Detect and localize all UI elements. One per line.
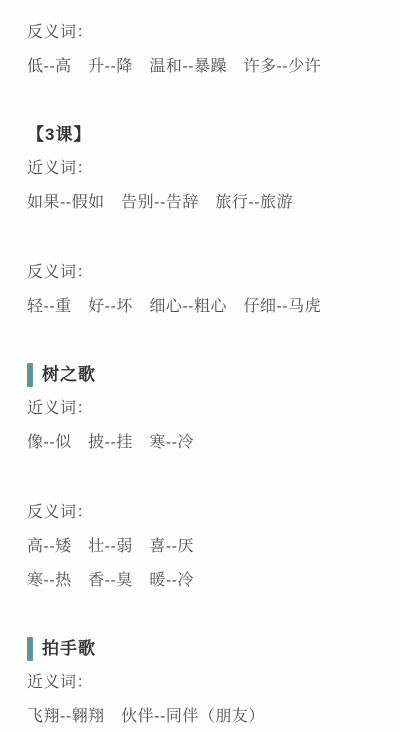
word-pairs-line: 飞翔--翱翔 伙伴--同伴（朋友）: [27, 700, 380, 732]
word-block: 反义词：高--矮 壮--弱 喜--厌寒--热 香--臭 暖--冷: [27, 496, 380, 598]
word-pairs-line: 如果--假如 告别--告辞 旅行--旅游: [27, 186, 380, 220]
word-pairs-line: 像--似 披--挂 寒--冷: [27, 426, 380, 460]
section-2: 【3课】近义词：如果--假如 告别--告辞 旅行--旅游反义词：轻--重 好--…: [27, 118, 380, 324]
category-label: 反义词：: [27, 16, 380, 50]
section-marker-bar: [27, 637, 33, 661]
word-block: 反义词：低--高 升--降 温和--暴躁 许多--少许: [27, 16, 380, 84]
section-header: 【3课】: [27, 118, 380, 152]
word-pairs-line: 寒--热 香--臭 暖--冷: [27, 564, 380, 598]
word-pairs-line: 轻--重 好--坏 细心--粗心 仔细--马虎: [27, 290, 380, 324]
section-1: 反义词：低--高 升--降 温和--暴躁 许多--少许: [27, 16, 380, 84]
word-block: 近义词：像--似 披--挂 寒--冷: [27, 392, 380, 460]
category-label: 近义词：: [27, 392, 380, 426]
word-pairs-line: 低--高 升--降 温和--暴躁 许多--少许: [27, 50, 380, 84]
category-label: 近义词：: [27, 152, 380, 186]
word-block: 反义词：轻--重 好--坏 细心--粗心 仔细--马虎: [27, 256, 380, 324]
category-label: 反义词：: [27, 256, 380, 290]
section-3: 树之歌近义词：像--似 披--挂 寒--冷反义词：高--矮 壮--弱 喜--厌寒…: [27, 358, 380, 598]
category-label: 近义词：: [27, 666, 380, 700]
word-block: 近义词：飞翔--翱翔 伙伴--同伴（朋友）: [27, 666, 380, 732]
section-4: 拍手歌近义词：飞翔--翱翔 伙伴--同伴（朋友）: [27, 632, 380, 732]
study-notes-document: 反义词：低--高 升--降 温和--暴躁 许多--少许【3课】近义词：如果--假…: [0, 0, 400, 732]
word-block: 近义词：如果--假如 告别--告辞 旅行--旅游: [27, 152, 380, 220]
section-title: 【3课】: [27, 118, 91, 152]
word-pairs-line: 高--矮 壮--弱 喜--厌: [27, 530, 380, 564]
section-marker-bar: [27, 363, 33, 387]
category-label: 反义词：: [27, 496, 380, 530]
section-header: 树之歌: [27, 358, 380, 392]
section-title: 拍手歌: [42, 632, 96, 666]
section-title: 树之歌: [42, 358, 96, 392]
section-header: 拍手歌: [27, 632, 380, 666]
